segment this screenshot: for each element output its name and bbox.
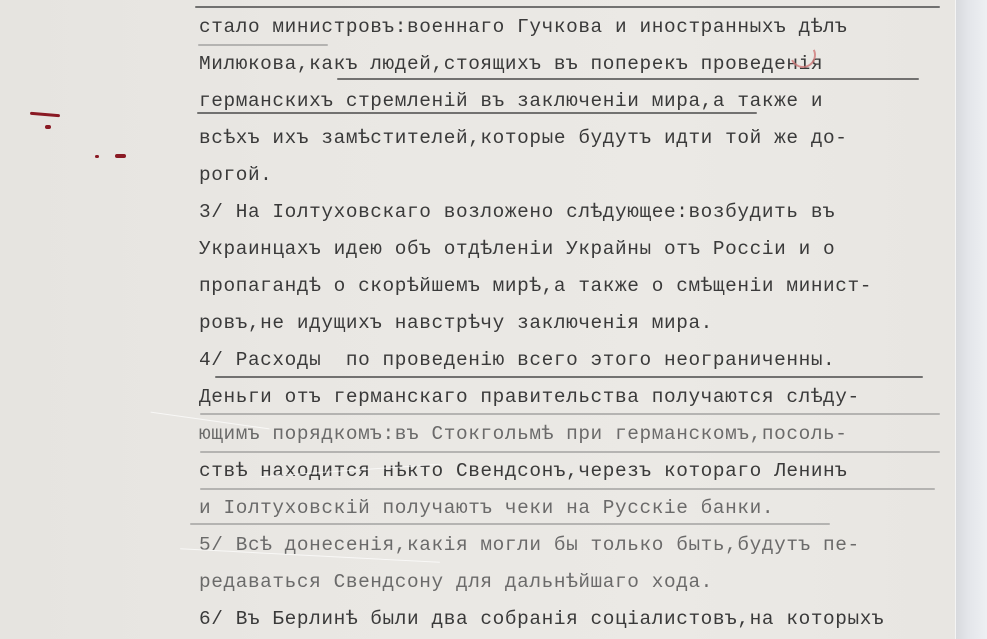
pencil-underline — [195, 6, 940, 8]
pencil-underline — [337, 78, 919, 80]
pencil-underline — [200, 451, 940, 453]
red-ink-mark — [45, 125, 51, 129]
text-line: 4/ Расходы по проведенію всего этого нео… — [199, 349, 835, 371]
text-line: Украинцахъ идею объ отдѣленіи Украйны от… — [199, 238, 835, 260]
text-line: ровъ,не идущихъ навстрѣчу заключенія мир… — [199, 312, 713, 334]
text-line: всѣхъ ихъ замѣстителей,которые будутъ ид… — [199, 127, 848, 149]
pencil-underline — [197, 112, 757, 114]
text-line: Деньги отъ германскаго правительства пол… — [199, 386, 860, 408]
page-edge — [955, 0, 987, 639]
text-line: 6/ Въ Берлинѣ были два собранія соціалис… — [199, 608, 884, 630]
pencil-underline — [190, 523, 830, 525]
text-line: германскихъ стремленій въ заключеніи мир… — [199, 90, 823, 112]
pencil-underline — [198, 44, 328, 46]
red-ink-mark — [30, 112, 60, 118]
text-line: Милюкова,какъ людей,стоящихъ въ поперекъ… — [199, 53, 823, 75]
text-line: и Iолтуховскій получаютъ чеки на Русскіе… — [199, 497, 774, 519]
text-line: рогой. — [199, 164, 272, 186]
red-ink-mark — [95, 155, 99, 158]
text-line: 5/ Всѣ донесенія,какія могли бы только б… — [199, 534, 860, 556]
pencil-underline — [215, 376, 923, 378]
pencil-underline — [200, 488, 935, 490]
document-page: стало министровъ:военнаго Гучкова и инос… — [0, 0, 955, 639]
red-ink-mark — [115, 154, 126, 158]
pencil-underline — [200, 413, 940, 415]
text-line: ствѣ находится нѣкто Свендсонъ,черезъ ко… — [199, 460, 848, 482]
text-line: стало министровъ:военнаго Гучкова и инос… — [199, 16, 848, 38]
text-line: пропагандѣ о скорѣйшемъ мирѣ,а также о с… — [199, 275, 872, 297]
text-line: 3/ На Iолтуховскаго возложено слѣдующее:… — [199, 201, 835, 223]
text-line: редаваться Свендсону для дальнѣйшаго ход… — [199, 571, 713, 593]
text-line: ющимъ порядкомъ:въ Стокгольмѣ при герман… — [199, 423, 848, 445]
